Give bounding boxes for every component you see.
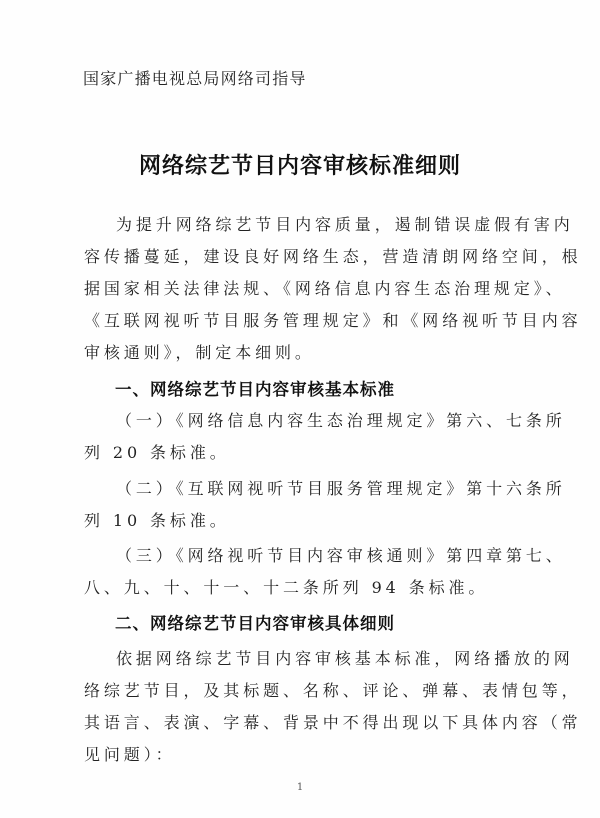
section1-item3-line1: （三）《网络视听节目内容审核通则》第四章第七、	[84, 543, 566, 566]
intro-line-4: 《互联网视听节目服务管理规定》和《网络视听节目内容	[84, 308, 582, 331]
section1-item1-line1: （一）《网络信息内容生态治理规定》第六、七条所	[84, 408, 566, 431]
intro-line-3: 据国家相关法律法规、《网络信息内容生态治理规定》、	[84, 276, 566, 299]
section1-item2-line1: （二）《互联网视听节目服务管理规定》第十六条所	[84, 476, 566, 499]
section2-line-1: 依据网络综艺节目内容审核基本标准，网络播放的网	[84, 646, 574, 669]
section-heading-1: 一、网络综艺节目内容审核基本标准	[115, 376, 395, 400]
section1-item2-line2: 列 10 条标准。	[84, 508, 230, 531]
page-number: 1	[0, 782, 600, 793]
section2-line-2: 络综艺节目，及其标题、名称、评论、弹幕、表情包等，	[84, 678, 582, 701]
issuer-line: 国家广播电视总局网络司指导	[83, 66, 307, 89]
section-heading-2: 二、网络综艺节目内容审核具体细则	[115, 610, 395, 634]
section1-item3-line2: 八、九、十、十一、十二条所列 94 条标准。	[84, 575, 488, 598]
intro-line-1: 为提升网络综艺节目内容质量，遏制错误虚假有害内	[84, 212, 574, 235]
document-title: 网络综艺节目内容审核标准细则	[0, 149, 600, 180]
section2-line-3: 其语言、表演、字幕、背景中不得出现以下具体内容（常	[84, 710, 582, 733]
section2-line-4: 见问题）：	[84, 742, 176, 765]
intro-line-2: 容传播蔓延，建设良好网络生态，营造清朗网络空间，根	[84, 244, 582, 267]
intro-line-5: 审核通则》，制定本细则。	[84, 340, 315, 363]
section1-item1-line2: 列 20 条标准。	[84, 440, 230, 463]
document-page: 国家广播电视总局网络司指导 网络综艺节目内容审核标准细则 为提升网络综艺节目内容…	[0, 0, 600, 818]
